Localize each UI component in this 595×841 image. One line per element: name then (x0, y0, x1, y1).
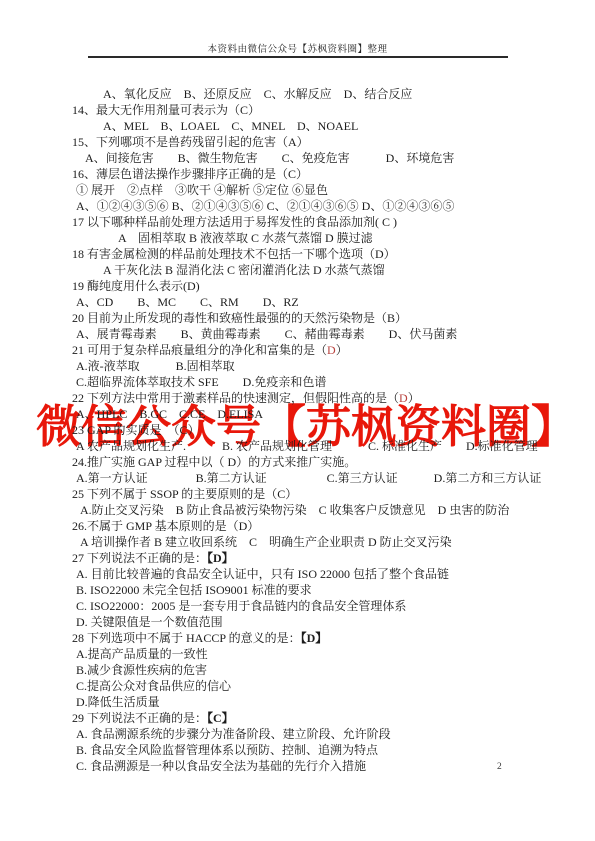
line-text: A. 食品溯源系统的步骤分为准备阶段、建立阶段、允许阶段 (76, 727, 391, 741)
document-line: 14、最大无作用剂量可表示为（C） (0, 102, 595, 118)
line-text: ① 展开 ②点样 ③吹干 ④解析 ⑤定位 ⑥显色 (76, 183, 328, 197)
document-line: A 固相萃取 B 液液萃取 C 水蒸气蒸馏 D 膜过滤 (0, 230, 595, 246)
document-line: B. ISO22000 未完全包括 ISO9001 标准的要求 (0, 582, 595, 598)
document-line: A 农产品规划化生产. B. 农产品规划化管理 C. 标准化生产 D.标准化管理 (0, 438, 595, 454)
document-line: A、间接危害 B、微生物危害 C、免疫危害 D、环境危害 (0, 150, 595, 166)
line-text: 17 以下哪种样品前处理方法适用于易挥发性的食品添加剂( C ) (72, 215, 397, 229)
page-header-text: 本资料由微信公众号【苏枫资料圈】整理 (0, 41, 595, 55)
line-text: C. ISO22000：2005 是一套专用于食品链内的食品安全管理体系 (76, 599, 406, 613)
line-text: 21 可用于复杂样品痕量组分的净化和富集的是（ (72, 343, 327, 357)
line-text: 26.不属于 GMP 基本原则的是（D） (72, 519, 259, 533)
line-text: A 培训操作者 B 建立收回系统 C 明确生产企业职责 D 防止交叉污染 (80, 535, 452, 549)
document-body: A、氧化反应 B、还原反应 C、水解反应 D、结合反应14、最大无作用剂量可表示… (0, 86, 595, 774)
line-text: B. ISO22000 未完全包括 ISO9001 标准的要求 (76, 583, 312, 597)
line-text: A、CD B、MC C、RM D、RZ (76, 295, 299, 309)
line-text: A、①②④③⑤⑥ B、②①④③⑤⑥ C、②①④③⑥⑤ D、①②④③⑥⑤ (76, 199, 454, 213)
document-line: A、展青霉毒素 B、黄曲霉毒素 C、赭曲霉毒素 D、伏马菌素 (0, 326, 595, 342)
document-line: 24.推广实施 GAP 过程中以（ D）的方式来推广实施。 (0, 454, 595, 470)
document-line: 20 目前为止所发现的毒性和致癌性最强的的天然污染物是（B） (0, 310, 595, 326)
line-text: A、MEL B、LOAEL C、MNEL D、NOAEL (103, 119, 358, 133)
line-text: A、氧化反应 B、还原反应 C、水解反应 D、结合反应 (103, 87, 412, 101)
line-text: A 固相萃取 B 液液萃取 C 水蒸气蒸馏 D 膜过滤 (118, 231, 373, 245)
line-text: A.第一方认证 B.第二方认证 C.第三方认证 D.第二方和三方认证 (76, 471, 541, 485)
document-line: A. 食品溯源系统的步骤分为准备阶段、建立阶段、允许阶段 (0, 726, 595, 742)
line-text: 27 下列说法不正确的是： (72, 551, 207, 565)
document-line: A、①②④③⑤⑥ B、②①④③⑤⑥ C、②①④③⑥⑤ D、①②④③⑥⑤ (0, 198, 595, 214)
document-line: A.液-液萃取 B.固相萃取 (0, 358, 595, 374)
document-line: A、MEL B、LOAEL C、MNEL D、NOAEL (0, 118, 595, 134)
document-line: 23 GAP 的实质是 （C） (0, 422, 595, 438)
document-line: A.提高产品质量的一致性 (0, 646, 595, 662)
line-text: A.提高产品质量的一致性 (76, 647, 208, 661)
document-line: 19 酶纯度用什么表示(D) (0, 278, 595, 294)
document-line: 16、薄层色谱法操作步骤排序正确的是（C） (0, 166, 595, 182)
line-text: C.提高公众对食品供应的信心 (76, 679, 231, 693)
line-text: ） (336, 343, 348, 357)
document-line: A、氧化反应 B、还原反应 C、水解反应 D、结合反应 (0, 86, 595, 102)
document-page: 本资料由微信公众号【苏枫资料圈】整理 微信公众号【苏枫资料圈】 A、氧化反应 B… (0, 0, 595, 841)
line-text: A. 目前比较普遍的食品安全认证中，只有 ISO 22000 包括了整个食品链 (76, 567, 449, 581)
line-text: B.减少食源性疾病的危害 (76, 663, 207, 677)
line-text: 16、薄层色谱法操作步骤排序正确的是（C） (72, 167, 308, 181)
document-line: A、HPLC B.GC C.CE D.ELISA (0, 406, 595, 422)
line-text: D. 关键限值是一个数值范围 (76, 615, 223, 629)
line-text: A、HPLC B.GC C.CE D.ELISA (76, 407, 263, 421)
line-text: ） (408, 391, 420, 405)
line-text: 【D】 (207, 551, 234, 565)
line-text: A 干灰化法 B 湿消化法 C 密闭灌消化法 D 水蒸气蒸馏 (103, 263, 385, 277)
document-line: 27 下列说法不正确的是：【D】 (0, 550, 595, 566)
line-text: 【D】 (301, 631, 328, 645)
line-text: 22 下列方法中常用于激素样品的快速测定，但假阳性高的是（ (72, 391, 399, 405)
document-line: D.降低生活质量 (0, 694, 595, 710)
line-text: B. 食品安全风险监督管理体系以预防、控制、追溯为特点 (76, 743, 378, 757)
document-line: ① 展开 ②点样 ③吹干 ④解析 ⑤定位 ⑥显色 (0, 182, 595, 198)
document-line: A. 目前比较普遍的食品安全认证中，只有 ISO 22000 包括了整个食品链 (0, 566, 595, 582)
line-text: 18 有害金属检测的样品前处理技术不包括一下哪个选项（D） (72, 247, 396, 261)
document-line: C.提高公众对食品供应的信心 (0, 678, 595, 694)
document-line: 26.不属于 GMP 基本原则的是（D） (0, 518, 595, 534)
document-line: 21 可用于复杂样品痕量组分的净化和富集的是（D） (0, 342, 595, 358)
line-text: 15、下列哪项不是兽药残留引起的危害（A） (72, 135, 309, 149)
document-line: D. 关键限值是一个数值范围 (0, 614, 595, 630)
line-text: 25 下列不属于 SSOP 的主要原则的是（C） (72, 487, 297, 501)
document-line: C. ISO22000：2005 是一套专用于食品链内的食品安全管理体系 (0, 598, 595, 614)
line-text: A、展青霉毒素 B、黄曲霉毒素 C、赭曲霉毒素 D、伏马菌素 (76, 327, 457, 341)
answer-letter: D (327, 343, 336, 357)
document-line: C. 食品溯源是一种以食品安全法为基础的先行介入措施 (0, 758, 595, 774)
document-line: 28 下列选项中不属于 HACCP 的意义的是：【D】 (0, 630, 595, 646)
line-text: A.防止交叉污染 B 防止食品被污染物污染 C 收集客户反馈意见 D 虫害的防治 (80, 503, 509, 517)
line-text: 20 目前为止所发现的毒性和致癌性最强的的天然污染物是（B） (72, 311, 407, 325)
line-text: 28 下列选项中不属于 HACCP 的意义的是： (72, 631, 301, 645)
document-line: A、CD B、MC C、RM D、RZ (0, 294, 595, 310)
line-text: A 农产品规划化生产. B. 农产品规划化管理 C. 标准化生产 D.标准化管理 (76, 439, 538, 453)
line-text: C. 食品溯源是一种以食品安全法为基础的先行介入措施 (76, 759, 366, 773)
document-line: C.超临界流体萃取技术 SFE D.免疫亲和色谱 (0, 374, 595, 390)
line-text: 19 酶纯度用什么表示(D) (72, 279, 200, 293)
document-line: A 培训操作者 B 建立收回系统 C 明确生产企业职责 D 防止交叉污染 (0, 534, 595, 550)
line-text: D.降低生活质量 (76, 695, 160, 709)
line-text: 14、最大无作用剂量可表示为（C） (72, 103, 260, 117)
line-text: C.超临界流体萃取技术 SFE D.免疫亲和色谱 (76, 375, 326, 389)
line-text: A、间接危害 B、微生物危害 C、免疫危害 D、环境危害 (85, 151, 454, 165)
line-text: 23 GAP 的实质是 （C） (72, 423, 200, 437)
document-line: B.减少食源性疾病的危害 (0, 662, 595, 678)
line-text: 29 下列说法不正确的是： (72, 711, 207, 725)
header-rule (88, 56, 508, 58)
document-line: 22 下列方法中常用于激素样品的快速测定，但假阳性高的是（D） (0, 390, 595, 406)
document-line: A.第一方认证 B.第二方认证 C.第三方认证 D.第二方和三方认证 (0, 470, 595, 486)
document-line: B. 食品安全风险监督管理体系以预防、控制、追溯为特点 (0, 742, 595, 758)
line-text: 24.推广实施 GAP 过程中以（ D）的方式来推广实施。 (72, 455, 356, 469)
line-text: 【C】 (207, 711, 234, 725)
line-text: A.液-液萃取 B.固相萃取 (76, 359, 235, 373)
document-line: 25 下列不属于 SSOP 的主要原则的是（C） (0, 486, 595, 502)
document-line: 18 有害金属检测的样品前处理技术不包括一下哪个选项（D） (0, 246, 595, 262)
document-line: A 干灰化法 B 湿消化法 C 密闭灌消化法 D 水蒸气蒸馏 (0, 262, 595, 278)
answer-letter: D (399, 391, 408, 405)
document-line: A.防止交叉污染 B 防止食品被污染物污染 C 收集客户反馈意见 D 虫害的防治 (0, 502, 595, 518)
document-line: 17 以下哪种样品前处理方法适用于易挥发性的食品添加剂( C ) (0, 214, 595, 230)
document-line: 15、下列哪项不是兽药残留引起的危害（A） (0, 134, 595, 150)
document-line: 29 下列说法不正确的是：【C】 (0, 710, 595, 726)
